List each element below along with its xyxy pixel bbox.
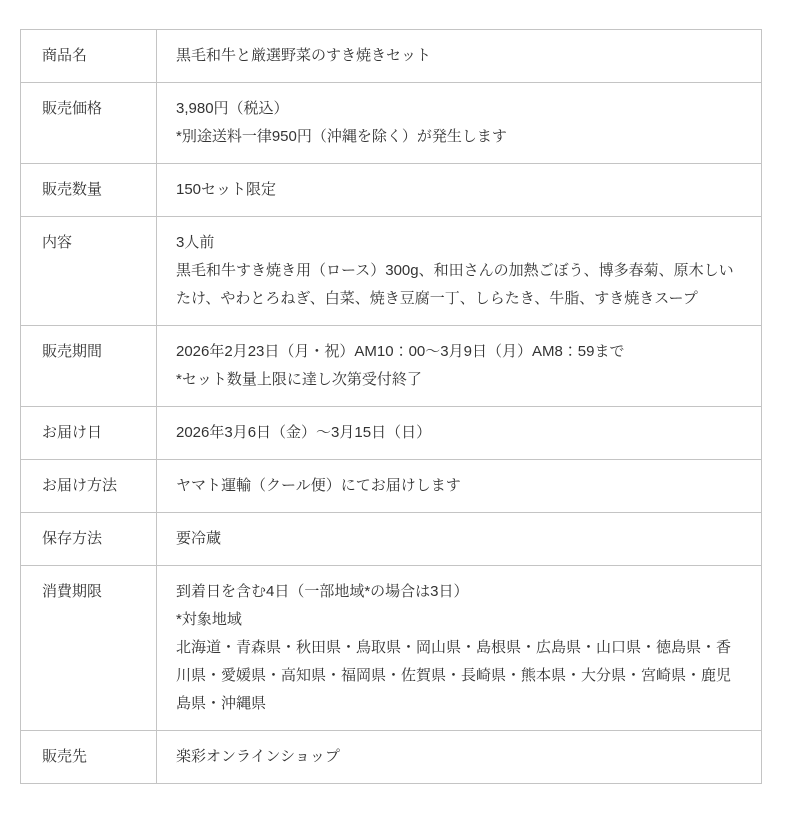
row-label: お届け方法 bbox=[21, 460, 157, 513]
product-info-table-body: 商品名 黒毛和牛と厳選野菜のすき焼きセット 販売価格 3,980円（税込） *別… bbox=[21, 30, 762, 784]
table-row-delivery-date: お届け日 2026年3月6日（金）～3月15日（日） bbox=[21, 407, 762, 460]
row-value: 黒毛和牛と厳選野菜のすき焼きセット bbox=[157, 30, 762, 83]
row-value: 150セット限定 bbox=[157, 164, 762, 217]
table-row-quantity: 販売数量 150セット限定 bbox=[21, 164, 762, 217]
row-label: 消費期限 bbox=[21, 566, 157, 731]
table-row-seller: 販売先 楽彩オンラインショップ bbox=[21, 731, 762, 784]
table-row-expiration: 消費期限 到着日を含む4日（一部地域*の場合は3日） *対象地域 北海道・青森県… bbox=[21, 566, 762, 731]
row-label: 保存方法 bbox=[21, 513, 157, 566]
row-label: 販売価格 bbox=[21, 83, 157, 164]
row-label: 販売期間 bbox=[21, 326, 157, 407]
row-value: 3人前 黒毛和牛すき焼き用（ロース）300g、和田さんの加熱ごぼう、博多春菊、原… bbox=[157, 217, 762, 326]
row-label: 内容 bbox=[21, 217, 157, 326]
row-value: 要冷蔵 bbox=[157, 513, 762, 566]
row-label: お届け日 bbox=[21, 407, 157, 460]
table-row-price: 販売価格 3,980円（税込） *別途送料一律950円（沖縄を除く）が発生します bbox=[21, 83, 762, 164]
row-value: 楽彩オンラインショップ bbox=[157, 731, 762, 784]
row-value: ヤマト運輸（クール便）にてお届けします bbox=[157, 460, 762, 513]
row-value: 2026年2月23日（月・祝）AM10：00～3月9日（月）AM8：59まで *… bbox=[157, 326, 762, 407]
row-label: 販売先 bbox=[21, 731, 157, 784]
row-label: 商品名 bbox=[21, 30, 157, 83]
table-row-product-name: 商品名 黒毛和牛と厳選野菜のすき焼きセット bbox=[21, 30, 762, 83]
table-row-storage-method: 保存方法 要冷蔵 bbox=[21, 513, 762, 566]
table-row-contents: 内容 3人前 黒毛和牛すき焼き用（ロース）300g、和田さんの加熱ごぼう、博多春… bbox=[21, 217, 762, 326]
page: 商品名 黒毛和牛と厳選野菜のすき焼きセット 販売価格 3,980円（税込） *別… bbox=[0, 0, 800, 826]
row-value: 到着日を含む4日（一部地域*の場合は3日） *対象地域 北海道・青森県・秋田県・… bbox=[157, 566, 762, 731]
table-row-delivery-method: お届け方法 ヤマト運輸（クール便）にてお届けします bbox=[21, 460, 762, 513]
row-value: 3,980円（税込） *別途送料一律950円（沖縄を除く）が発生します bbox=[157, 83, 762, 164]
table-row-sales-period: 販売期間 2026年2月23日（月・祝）AM10：00～3月9日（月）AM8：5… bbox=[21, 326, 762, 407]
row-value: 2026年3月6日（金）～3月15日（日） bbox=[157, 407, 762, 460]
product-info-table: 商品名 黒毛和牛と厳選野菜のすき焼きセット 販売価格 3,980円（税込） *別… bbox=[20, 29, 762, 784]
row-label: 販売数量 bbox=[21, 164, 157, 217]
